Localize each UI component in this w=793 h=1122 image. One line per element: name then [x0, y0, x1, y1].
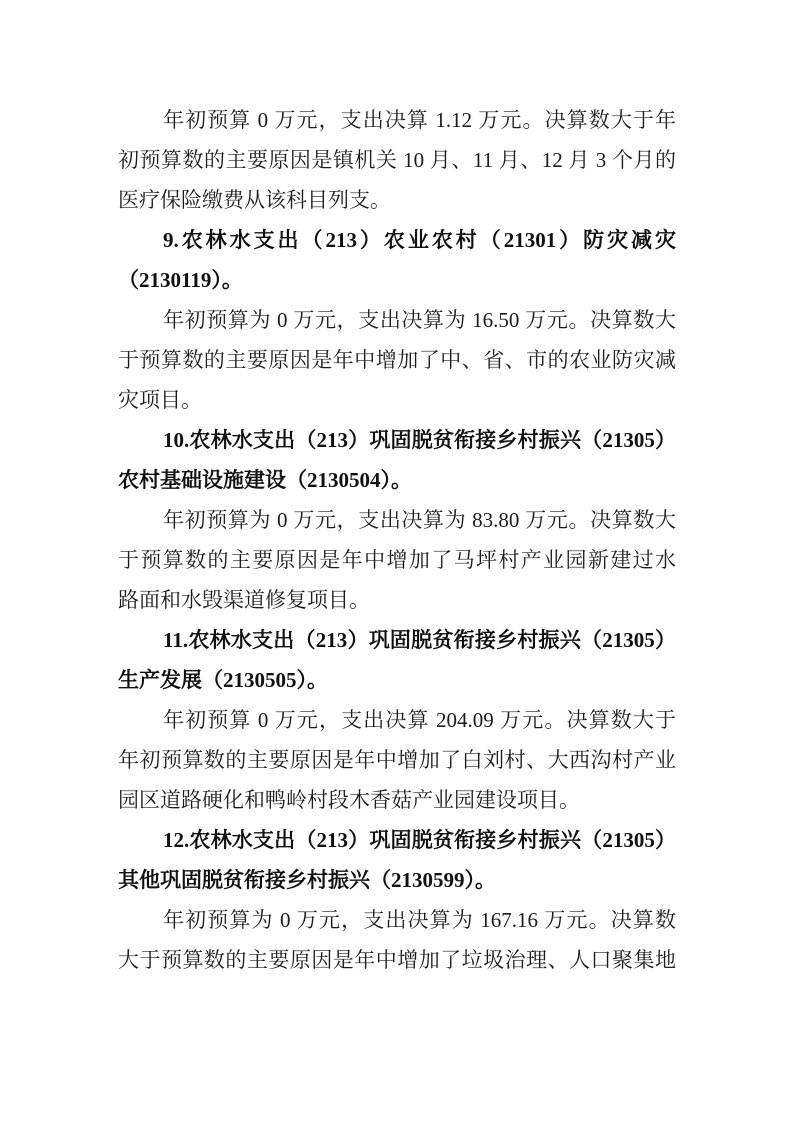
section-heading-11: 11.农林水支出（213）巩固脱贫衔接乡村振兴（21305） 生产发展（2130…	[118, 620, 676, 700]
text-line: 医疗保险缴费从该科目列支。	[118, 180, 676, 220]
heading-line: 生产发展（2130505）。	[118, 660, 676, 700]
heading-line: （2130119）。	[118, 260, 676, 300]
paragraph-rural-infrastructure: 年初预算为 0 万元，支出决算为 83.80 万元。决算数大 于预算数的主要原因…	[118, 500, 676, 620]
text-line: 年初预算 0 万元，支出决算 204.09 万元。决算数大于	[118, 700, 676, 740]
text-line: 年初预算为 0 万元，支出决算为 167.16 万元。决算数	[118, 900, 676, 940]
text-line: 年初预算为 0 万元，支出决算为 16.50 万元。决算数大	[118, 300, 676, 340]
heading-line: 其他巩固脱贫衔接乡村振兴（2130599）。	[118, 860, 676, 900]
section-heading-10: 10.农林水支出（213）巩固脱贫衔接乡村振兴（21305） 农村基础设施建设（…	[118, 420, 676, 500]
heading-line: 12.农林水支出（213）巩固脱贫衔接乡村振兴（21305）	[118, 820, 676, 860]
text-line: 年初预算 0 万元，支出决算 1.12 万元。决算数大于年	[118, 100, 676, 140]
text-line: 路面和水毁渠道修复项目。	[118, 580, 676, 620]
text-line: 年初预算为 0 万元，支出决算为 83.80 万元。决算数大	[118, 500, 676, 540]
text-line: 于预算数的主要原因是年中增加了中、省、市的农业防灾减	[118, 340, 676, 380]
heading-line: 9.农林水支出（213）农业农村（21301）防灾减灾	[118, 220, 676, 260]
text-block: 年初预算 0 万元，支出决算 1.12 万元。决算数大于年 初预算数的主要原因是…	[118, 100, 676, 980]
text-line: 园区道路硬化和鸭岭村段木香菇产业园建设项目。	[118, 780, 676, 820]
heading-line: 11.农林水支出（213）巩固脱贫衔接乡村振兴（21305）	[118, 620, 676, 660]
paragraph-medical-insurance: 年初预算 0 万元，支出决算 1.12 万元。决算数大于年 初预算数的主要原因是…	[118, 100, 676, 220]
text-line: 初预算数的主要原因是镇机关 10 月、11 月、12 月 3 个月的	[118, 140, 676, 180]
document-page: 年初预算 0 万元，支出决算 1.12 万元。决算数大于年 初预算数的主要原因是…	[0, 0, 793, 1122]
text-line: 年初预算数的主要原因是年中增加了白刘村、大西沟村产业	[118, 740, 676, 780]
paragraph-other-rural-revitalization: 年初预算为 0 万元，支出决算为 167.16 万元。决算数 大于预算数的主要原…	[118, 900, 676, 980]
paragraph-production-development: 年初预算 0 万元，支出决算 204.09 万元。决算数大于 年初预算数的主要原…	[118, 700, 676, 820]
text-line: 于预算数的主要原因是年中增加了马坪村产业园新建过水	[118, 540, 676, 580]
section-heading-12: 12.农林水支出（213）巩固脱贫衔接乡村振兴（21305） 其他巩固脱贫衔接乡…	[118, 820, 676, 900]
text-line: 灾项目。	[118, 380, 676, 420]
paragraph-disaster-prevention: 年初预算为 0 万元，支出决算为 16.50 万元。决算数大 于预算数的主要原因…	[118, 300, 676, 420]
heading-line: 10.农林水支出（213）巩固脱贫衔接乡村振兴（21305）	[118, 420, 676, 460]
text-line: 大于预算数的主要原因是年中增加了垃圾治理、人口聚集地	[118, 940, 676, 980]
section-heading-9: 9.农林水支出（213）农业农村（21301）防灾减灾 （2130119）。	[118, 220, 676, 300]
heading-line: 农村基础设施建设（2130504）。	[118, 460, 676, 500]
